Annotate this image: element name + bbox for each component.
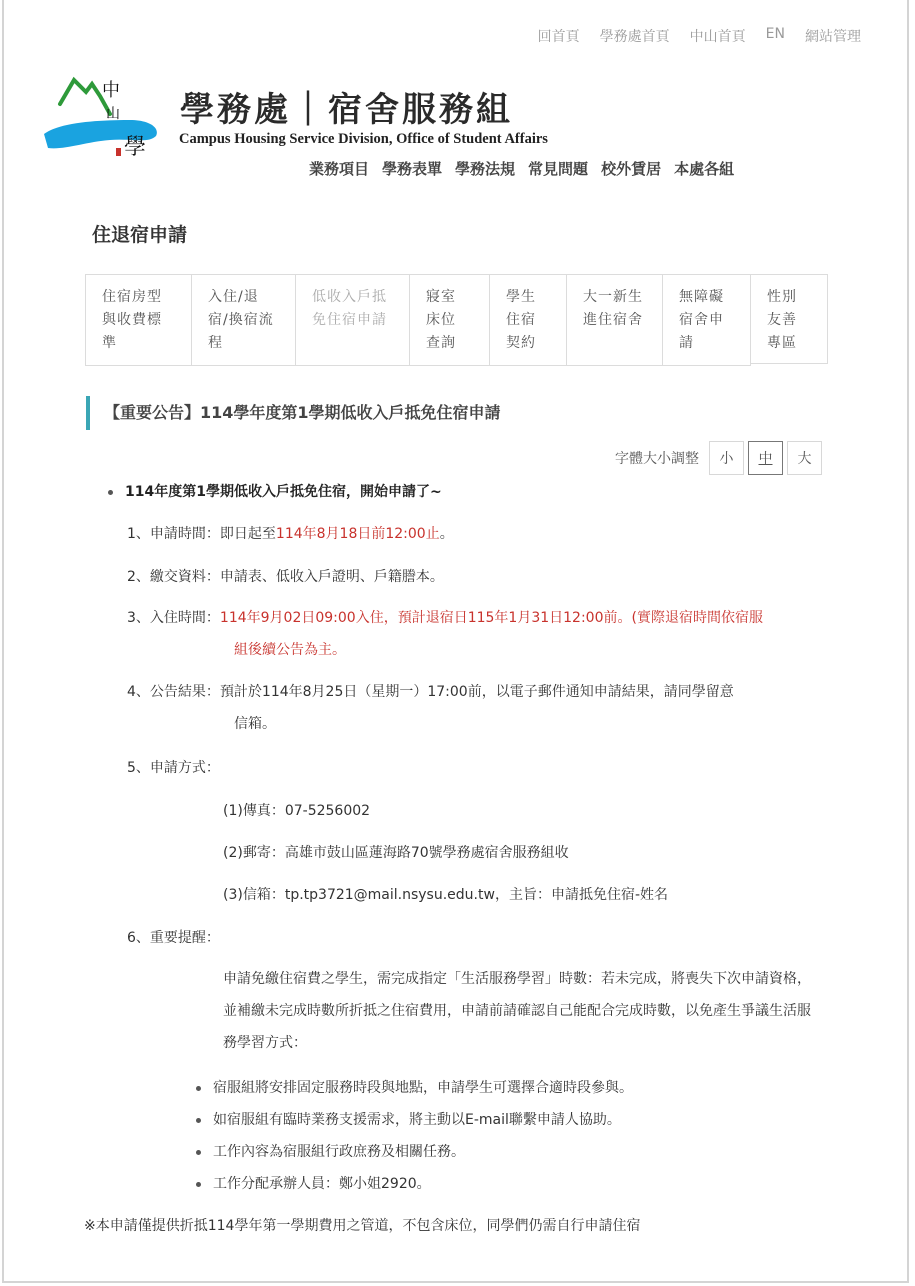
deadline-text: 114年8月18日前12:00止: [276, 526, 440, 542]
item-label: 1、申請時間：: [127, 526, 220, 542]
tab-label: 性別: [767, 286, 813, 309]
font-size-medium-button[interactable]: 中: [748, 441, 783, 475]
tab-label: 床位: [426, 309, 475, 332]
tab-label: 宿舍申: [679, 309, 736, 332]
tab-housing-contract[interactable]: 學生 住宿 契約: [489, 274, 567, 366]
bullet-text: 工作內容為宿服組行政庶務及相關任務。: [213, 1144, 465, 1160]
tab-label: 程: [208, 332, 281, 355]
move-in-text-cont: 組後續公告為主。: [234, 634, 346, 666]
tab-label: 住宿房型: [102, 286, 177, 309]
tab-label: 寢室: [426, 286, 475, 309]
item-label: 4、公告結果：: [127, 684, 220, 700]
tab-label: 專區: [767, 332, 813, 355]
site-subtitle: Campus Housing Service Division, Office …: [179, 131, 548, 148]
tab-gender-friendly[interactable]: 性別 友善 專區: [750, 274, 828, 364]
headline-text: 114年度第1學期低收入戶抵免住宿，開始申請了~: [125, 484, 442, 500]
item-text-cont: 信箱。: [234, 708, 276, 740]
tab-label: 學生: [506, 286, 552, 309]
reminder-paragraph: 申請免繳住宿費之學生，需完成指定「生活服務學習」時數：若未完成，將喪失下次申請資…: [223, 963, 823, 1059]
nav-regulations[interactable]: 學務法規: [455, 158, 515, 179]
tab-label: 無障礙: [679, 286, 736, 309]
tab-room-types-fees[interactable]: 住宿房型 與收費標 準: [85, 274, 192, 366]
item-label: 3、入住時間：: [127, 610, 220, 626]
tab-label: 準: [102, 332, 177, 355]
site-title: 學務處｜宿舍服務組: [180, 82, 513, 131]
nav-faq[interactable]: 常見問題: [528, 158, 588, 179]
bullet-text: 如宿服組有臨時業務支援需求，將主動以E-mail聯繫申請人協助。: [213, 1112, 621, 1128]
item-label: 6、重要提醒：: [127, 930, 220, 946]
university-logo[interactable]: 中 山 學: [40, 74, 162, 164]
link-english[interactable]: EN: [766, 26, 785, 46]
nav-divisions[interactable]: 本處各組: [674, 158, 734, 179]
link-nsysu-home[interactable]: 中山首頁: [690, 26, 746, 46]
nav-off-campus[interactable]: 校外賃居: [601, 158, 661, 179]
method-email[interactable]: (3)信箱：tp.tp3721@mail.nsysu.edu.tw，主旨：申請抵…: [223, 884, 668, 904]
main-nav: 業務項目 學務表單 學務法規 常見問題 校外賃居 本處各組: [309, 158, 734, 179]
tab-label: 查詢: [426, 332, 475, 355]
tab-bed-lookup[interactable]: 寢室 床位 查詢: [409, 274, 490, 366]
nav-services[interactable]: 業務項目: [309, 158, 369, 179]
item-documents: 2、繳交資料：申請表、低收入戶證明、戶籍謄本。: [127, 561, 444, 593]
item-reminder: 6、重要提醒：: [127, 922, 220, 954]
font-size-large-button[interactable]: 大: [787, 441, 822, 475]
font-size-label: 字體大小調整: [615, 448, 699, 468]
svg-text:學: 學: [124, 135, 146, 160]
bullet-icon: [108, 490, 113, 495]
tab-label: 宿/換宿流: [208, 309, 281, 332]
reminder-bullet: 如宿服組有臨時業務支援需求，將主動以E-mail聯繫申請人協助。: [196, 1109, 621, 1129]
svg-text:中: 中: [102, 80, 120, 101]
tab-label: 請: [679, 332, 736, 355]
page-title: 住退宿申請: [92, 220, 187, 247]
font-size-small-button[interactable]: 小: [709, 441, 744, 475]
top-links: 回首頁 學務處首頁 中山首頁 EN 網站管理: [538, 26, 861, 46]
bullet-text: 宿服組將安排固定服務時段與地點，申請學生可選擇合適時段參與。: [213, 1080, 633, 1096]
move-in-text: 114年9月02日09:00入住，預計退宿日115年1月31日12:00前。(實…: [220, 610, 763, 626]
bullet-text: 工作分配承辦人員：鄭小姐2920。: [213, 1176, 431, 1192]
bullet-icon: [196, 1150, 201, 1155]
tab-label: 住宿: [506, 309, 552, 332]
item-move-in-time: 3、入住時間：114年9月02日09:00入住，預計退宿日115年1月31日12…: [127, 602, 763, 666]
svg-text:山: 山: [106, 106, 120, 122]
link-osa-home[interactable]: 學務處首頁: [600, 26, 670, 46]
tab-accessible-housing[interactable]: 無障礙 宿舍申 請: [662, 274, 751, 366]
item-text: 。: [440, 526, 454, 542]
reminder-bullet: 工作分配承辦人員：鄭小姐2920。: [196, 1173, 431, 1193]
method-mail: (2)郵寄：高雄市鼓山區蓮海路70號學務處宿舍服務組收: [223, 842, 569, 862]
tab-freshman-move-in[interactable]: 大一新生 進住宿舍: [566, 274, 663, 366]
tab-label: 進住宿舍: [583, 309, 648, 332]
tab-label: 與收費標: [102, 309, 177, 332]
tab-checkin-checkout-process[interactable]: 入住/退 宿/換宿流 程: [191, 274, 296, 366]
font-size-control: 字體大小調整 小 中 大: [615, 441, 822, 475]
announcement-title: 【重要公告】114學年度第1學期低收入戶抵免住宿申請: [86, 396, 501, 430]
method-fax: (1)傳真：07-5256002: [223, 800, 370, 820]
item-label: 5、申請方式：: [127, 760, 220, 776]
announcement-headline: 114年度第1學期低收入戶抵免住宿，開始申請了~: [108, 481, 442, 501]
tab-label: 入住/退: [208, 286, 281, 309]
item-label: 2、繳交資料：: [127, 569, 220, 585]
item-results: 4、公告結果：預計於114年8月25日（星期一）17:00前，以電子郵件通知申請…: [127, 676, 734, 740]
tab-label: 契約: [506, 332, 552, 355]
footnote: ※本申請僅提供折抵114學年第一學期費用之管道，不包含床位，同學們仍需自行申請住…: [84, 1215, 640, 1235]
link-home[interactable]: 回首頁: [538, 26, 580, 46]
bullet-icon: [196, 1118, 201, 1123]
tab-label: 大一新生: [583, 286, 648, 309]
tab-label: 低收入戶抵: [312, 286, 395, 309]
nav-forms[interactable]: 學務表單: [382, 158, 442, 179]
tab-low-income-waiver[interactable]: 低收入戶抵 免住宿申請: [295, 274, 410, 366]
link-site-admin[interactable]: 網站管理: [805, 26, 861, 46]
item-application-period: 1、申請時間：即日起至114年8月18日前12:00止。: [127, 518, 454, 550]
tab-label: 免住宿申請: [312, 309, 395, 332]
bullet-icon: [196, 1182, 201, 1187]
item-text: 即日起至: [220, 526, 276, 542]
reminder-bullet: 工作內容為宿服組行政庶務及相關任務。: [196, 1141, 465, 1161]
item-application-method: 5、申請方式：: [127, 752, 220, 784]
item-text: 申請表、低收入戶證明、戶籍謄本。: [220, 569, 444, 585]
item-text: 預計於114年8月25日（星期一）17:00前，以電子郵件通知申請結果，請同學留…: [220, 684, 734, 700]
sub-tabs: 住宿房型 與收費標 準 入住/退 宿/換宿流 程 低收入戶抵 免住宿申請 寢室 …: [86, 274, 828, 366]
bullet-icon: [196, 1086, 201, 1091]
tab-label: 友善: [767, 309, 813, 332]
reminder-bullet: 宿服組將安排固定服務時段與地點，申請學生可選擇合適時段參與。: [196, 1077, 633, 1097]
